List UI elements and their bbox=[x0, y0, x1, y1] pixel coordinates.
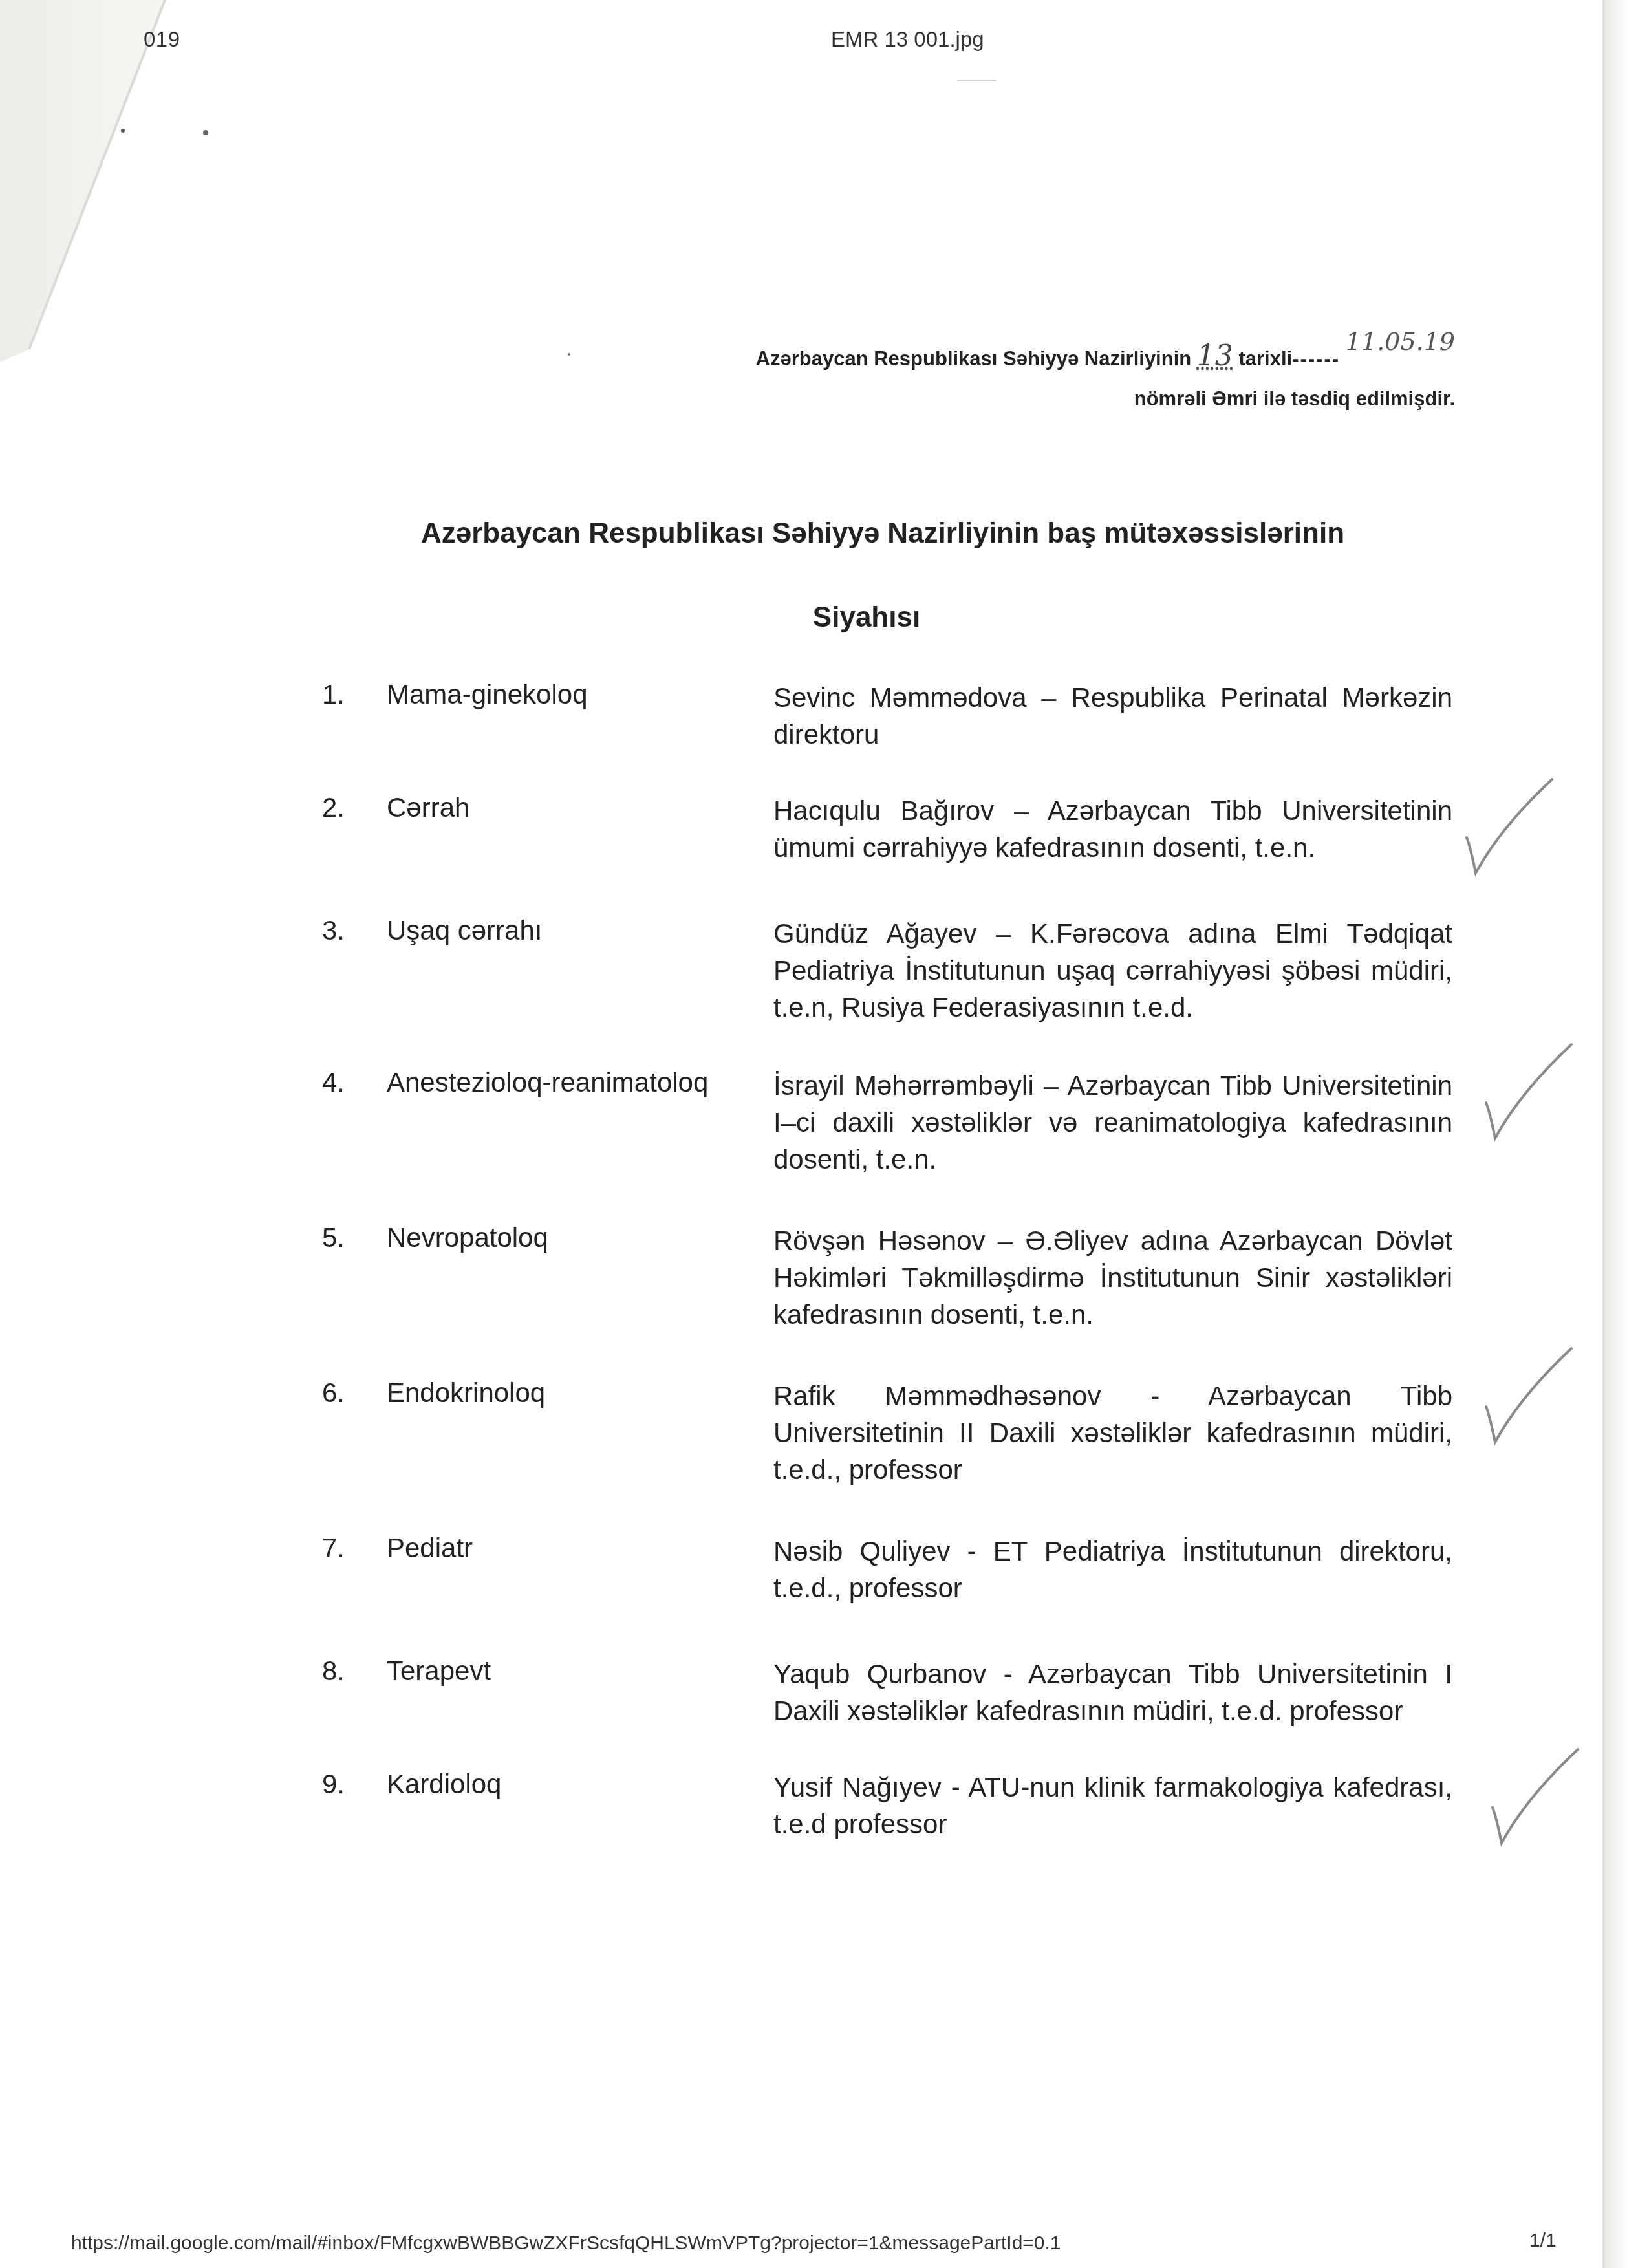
item-specialty: Endokrinoloq bbox=[387, 1377, 545, 1409]
item-details: Yusif Nağıyev - ATU-nun klinik farmakolo… bbox=[773, 1769, 1452, 1842]
item-specialty: Pediatr bbox=[387, 1533, 473, 1564]
item-details: Rövşən Həsənov – Ə.Əliyev adına Azərbayc… bbox=[773, 1222, 1452, 1333]
item-number: 1. bbox=[322, 679, 345, 710]
footer-url: https://mail.google.com/mail/#inbox/FMfc… bbox=[71, 2232, 1061, 2254]
checkmark-icon bbox=[1487, 1746, 1584, 1856]
item-number: 2. bbox=[322, 792, 345, 823]
order-number-handwritten: 13 bbox=[1197, 340, 1233, 373]
item-details: Rafik Məmmədhəsənov - Azərbaycan Tibb Un… bbox=[773, 1377, 1452, 1488]
item-details: Hacıqulu Bağırov – Azərbaycan Tibb Unive… bbox=[773, 792, 1452, 866]
item-details: İsrayil Məhərrəmbəyli – Azərbaycan Tibb … bbox=[773, 1067, 1452, 1178]
item-specialty: Terapevt bbox=[387, 1656, 491, 1687]
header-fragment: 019 bbox=[144, 27, 180, 52]
item-specialty: Nevropatoloq bbox=[387, 1222, 548, 1253]
item-number: 6. bbox=[322, 1377, 345, 1409]
checkmark-icon bbox=[1461, 776, 1558, 886]
item-details: Sevinc Məmmədova – Respublika Perinatal … bbox=[773, 679, 1452, 753]
item-specialty: Uşaq cərrahı bbox=[387, 915, 542, 946]
footer-page-number: 1/1 bbox=[1529, 2230, 1557, 2252]
item-number: 7. bbox=[322, 1533, 345, 1564]
item-number: 4. bbox=[322, 1067, 345, 1098]
scan-edge-strip bbox=[1602, 0, 1629, 2268]
checkmark-icon bbox=[1481, 1345, 1578, 1455]
item-number: 8. bbox=[322, 1656, 345, 1687]
item-details: Yaqub Qurbanov - Azərbaycan Tibb Univers… bbox=[773, 1656, 1452, 1729]
approval-statement: Azərbaycan Respublikası Səhiyyə Nazirliy… bbox=[756, 336, 1455, 419]
document-title: Azərbaycan Respublikası Səhiyyə Nazirliy… bbox=[0, 517, 1649, 550]
item-number: 9. bbox=[322, 1769, 345, 1800]
approval-line-1: Azərbaycan Respublikası Səhiyyə Nazirliy… bbox=[756, 336, 1455, 379]
item-details: Nəsib Quliyev - ET Pediatriya İnstitutun… bbox=[773, 1533, 1452, 1606]
item-details: Gündüz Ağayev – K.Fərəcova adına Elmi Tə… bbox=[773, 915, 1452, 1026]
header-filename: EMR 13 001.jpg bbox=[831, 27, 984, 52]
date-handwritten: 11.05.19 bbox=[1346, 327, 1455, 356]
approval-date-label: tarixli bbox=[1238, 347, 1292, 370]
approval-ministry-text: Azərbaycan Respublikası Səhiyyə Nazirliy… bbox=[756, 347, 1192, 370]
item-number: 3. bbox=[322, 915, 345, 946]
document-subtitle: Siyahısı bbox=[0, 601, 1649, 634]
item-specialty: Mama-ginekoloq bbox=[387, 679, 588, 710]
item-specialty: Kardioloq bbox=[387, 1769, 501, 1800]
checkmark-icon bbox=[1481, 1041, 1578, 1151]
date-placeholder: ------ bbox=[1292, 347, 1340, 370]
item-specialty: Anestezioloq-reanimatoloq bbox=[387, 1067, 708, 1098]
item-specialty: Cərrah bbox=[387, 792, 469, 823]
item-number: 5. bbox=[322, 1222, 345, 1253]
approval-line-2: nömrəli Əmri ilə təsdiq edilmişdir. bbox=[756, 379, 1455, 419]
